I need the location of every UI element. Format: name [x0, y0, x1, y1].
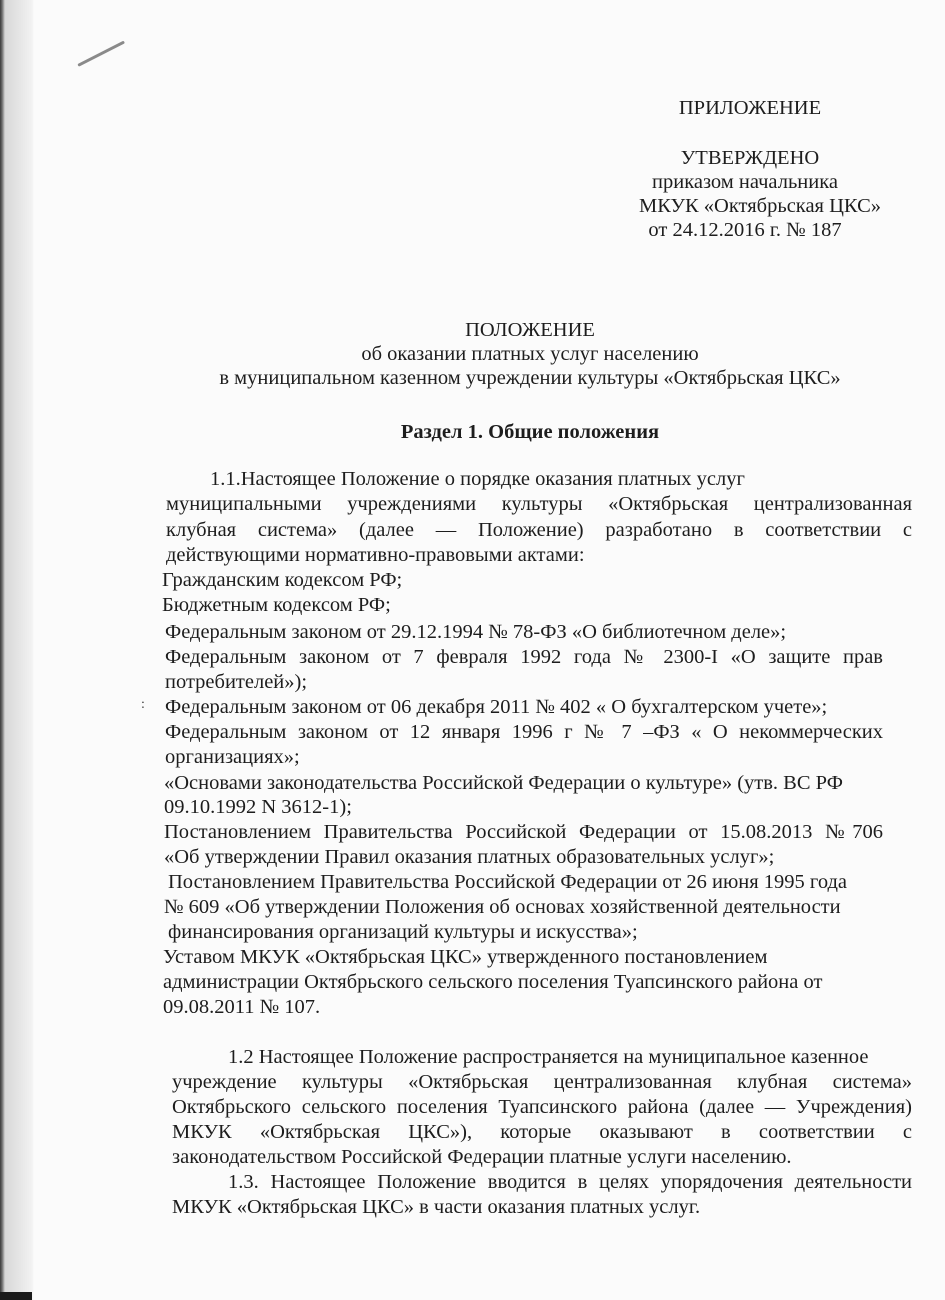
paragraph-line: МКУК «Октябрьская ЦКС»), которые оказыва… [172, 1120, 912, 1144]
paragraph-line: действующими нормативно-правовыми актами… [166, 543, 585, 567]
list-item: Федеральным законом от 7 февраля 1992 го… [165, 645, 883, 669]
list-item: администрации Октябрьского сельского пос… [163, 970, 822, 994]
list-item: Бюджетным кодексом РФ; [162, 593, 391, 617]
margin-mark: : [141, 697, 145, 713]
list-item: № 609 «Об утверждении Положения об основ… [164, 895, 841, 919]
approved-by: приказом начальника [620, 170, 870, 194]
list-item: организациях»; [165, 745, 300, 769]
paragraph-line: муниципальными учреждениями культуры «Ок… [166, 492, 912, 516]
list-item: 09.08.2011 № 107. [163, 995, 320, 1019]
order-date: от 24.12.2016 г. № 187 [620, 218, 870, 242]
list-item: Постановлением Правительства Российской … [164, 820, 883, 844]
section-heading: Раздел 1. Общие положения [300, 420, 760, 444]
paragraph-line: 1.2 Настоящее Положение распространяется… [228, 1045, 869, 1069]
list-item: Федеральным законом от 12 января 1996 г … [165, 720, 883, 744]
title-subtitle-1: об оказании платных услуг населению [300, 342, 760, 366]
list-item: 09.10.1992 N 3612-1); [164, 795, 352, 819]
list-item: финансирования организаций культуры и ис… [168, 920, 638, 944]
scan-corner [0, 1292, 32, 1300]
list-item: Гражданским кодексом РФ; [162, 568, 402, 592]
paragraph-line: законодательством Российской Федерации п… [172, 1145, 792, 1169]
paragraph-line: 1.1.Настоящее Положение о порядке оказан… [210, 467, 745, 491]
list-item: «Об утверждении Правил оказания платных … [164, 845, 774, 869]
title-subtitle-2: в муниципальном казенном учреждении куль… [180, 366, 880, 390]
approved-label: УТВЕРЖДЕНО [620, 146, 880, 170]
list-item: потребителей»); [165, 670, 307, 694]
paragraph-line: МКУК «Октябрьская ЦКС» в части оказания … [172, 1195, 700, 1219]
pen-mark [77, 41, 125, 67]
paragraph-line: учреждение культуры «Октябрьская централ… [172, 1070, 912, 1094]
scan-border [0, 0, 34, 1300]
title-main: ПОЛОЖЕНИЕ [300, 318, 760, 342]
paragraph-line: клубная система» (далее — Положение) раз… [166, 518, 912, 542]
organization: МКУК «Октябрьская ЦКС» [620, 194, 900, 218]
list-item: Федеральным законом от 06 декабря 2011 №… [165, 695, 827, 719]
paragraph-line: 1.3. Настоящее Положение вводится в целя… [228, 1170, 912, 1194]
list-item: Федеральным законом от 29.12.1994 № 78-Ф… [165, 620, 786, 644]
list-item: Уставом МКУК «Октябрьская ЦКС» утвержден… [163, 945, 767, 969]
list-item: «Основами законодательства Российской Фе… [164, 771, 843, 795]
list-item: Постановлением Правительства Российской … [168, 870, 847, 894]
appendix-label: ПРИЛОЖЕНИЕ [620, 96, 880, 120]
paragraph-line: Октябрьского сельского поселения Туапсин… [172, 1095, 912, 1119]
